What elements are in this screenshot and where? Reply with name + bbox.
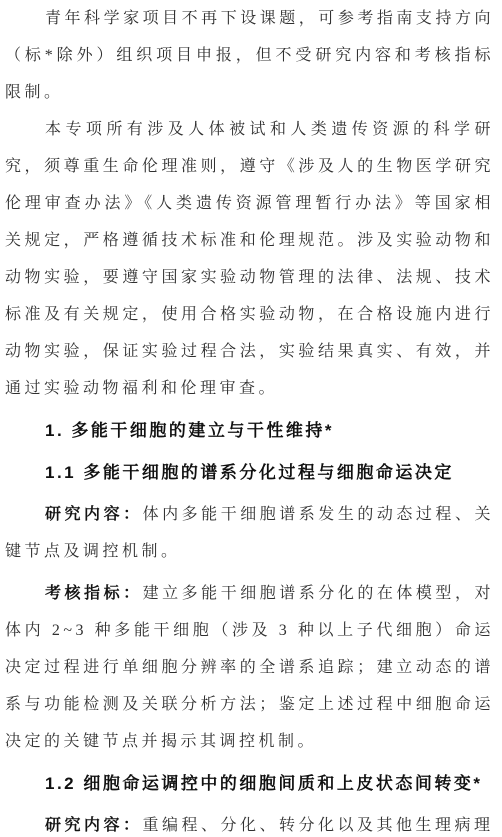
research-content-label-2: 研究内容： [45,817,143,834]
assessment-indicators-label: 考核指标： [45,585,143,602]
paragraph-research-content-1-1: 研究内容：体内多能干细胞谱系发生的动态过程、关键节点及调控机制。 [5,496,494,570]
paragraph-young-scientist-project: 青年科学家项目不再下设课题，可参考指南支持方向（标*除外）组织项目申报，但不受研… [5,0,494,111]
section-heading-1: 1. 多能干细胞的建立与干性维持* [5,412,494,449]
research-content-label: 研究内容： [45,506,143,523]
research-content-text-2: 重编程、分化、转分化以及其他生理病理 [143,817,494,834]
paragraph-assessment-indicators-1-1: 考核指标：建立多能干细胞谱系分化的在体模型，对体内 2~3 种多能干细胞（涉及 … [5,575,494,760]
subsection-heading-1-2: 1.2 细胞命运调控中的细胞间质和上皮状态间转变* [5,765,494,802]
paragraph-research-content-1-2: 研究内容：重编程、分化、转分化以及其他生理病理 [5,807,494,837]
assessment-indicators-text: 建立多能干细胞谱系分化的在体模型，对体内 2~3 种多能干细胞（涉及 3 种以上… [5,585,494,750]
document-page: 青年科学家项目不再下设课题，可参考指南支持方向（标*除外）组织项目申报，但不受研… [0,0,502,837]
subsection-heading-1-1: 1.1 多能干细胞的谱系分化过程与细胞命运决定 [5,454,494,491]
paragraph-ethics-regulations: 本专项所有涉及人体被试和人类遗传资源的科学研究，须尊重生命伦理准则，遵守《涉及人… [5,111,494,407]
